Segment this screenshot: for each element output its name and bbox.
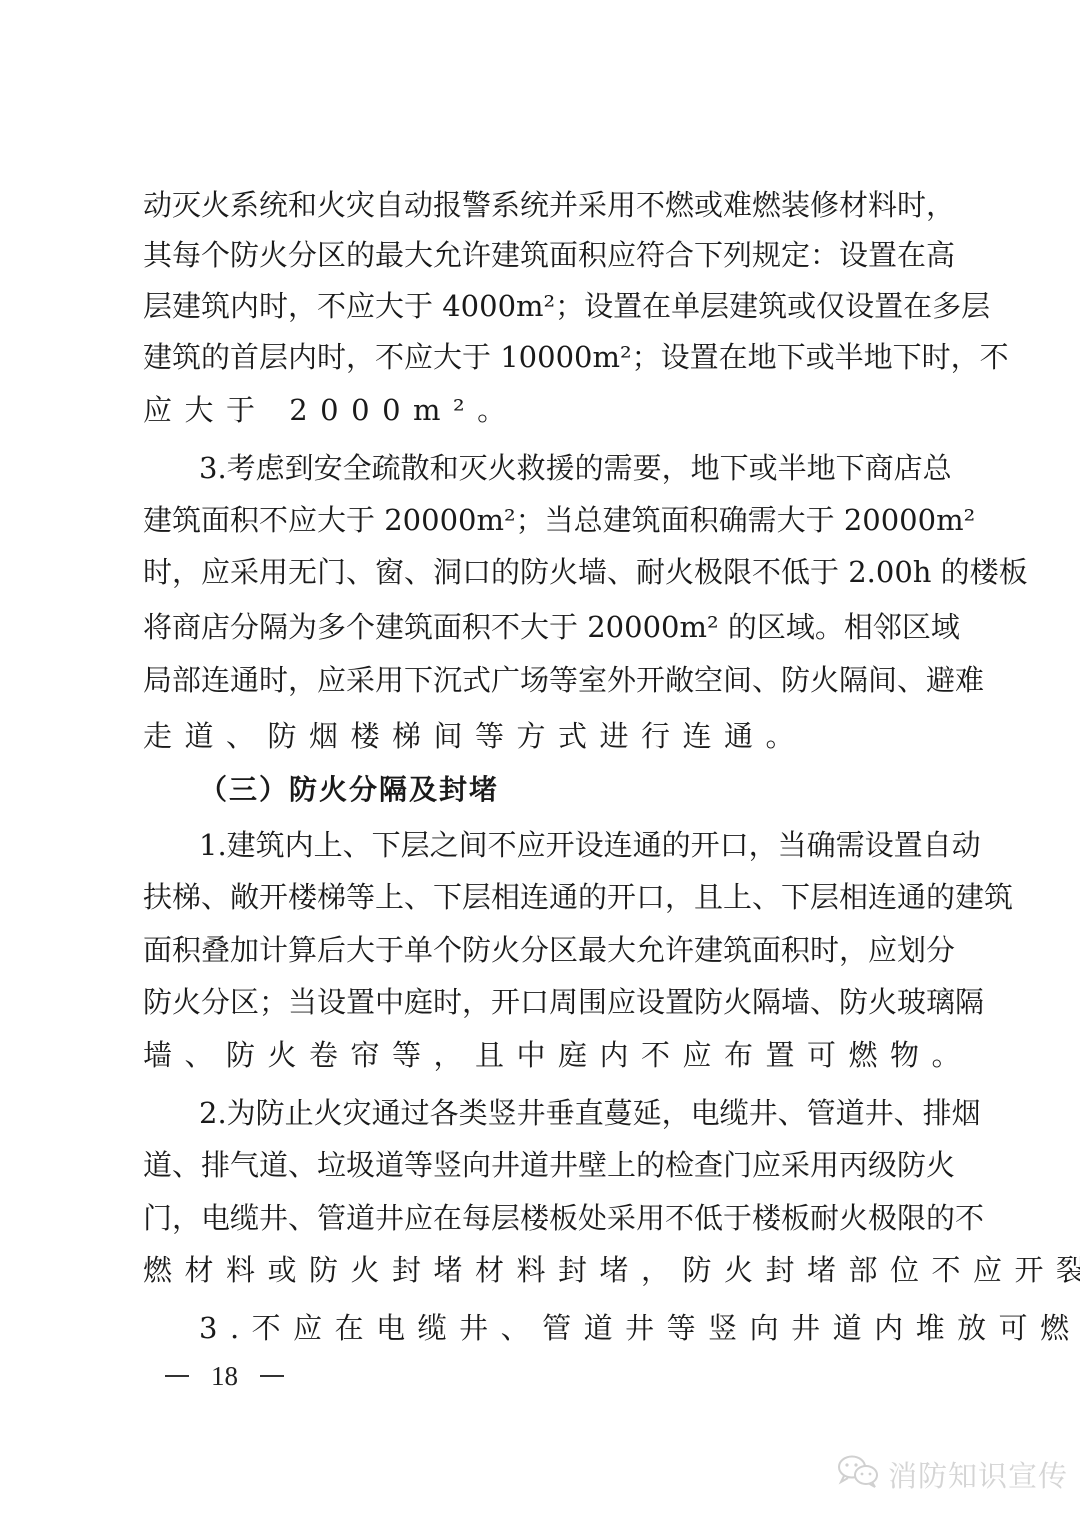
text-line: 局部连通时，应采用下沉式广场等室外开敞空间、防火隔间、避难 — [143, 658, 938, 702]
text-line: 应大于 2000m²。 — [143, 388, 938, 432]
text-line: 2.为防止火灾通过各类竖井垂直蔓延，电缆井、管道井、排烟 — [199, 1091, 938, 1135]
text-line: 防火分区；当设置中庭时，开口周围应设置防火隔墙、防火玻璃隔 — [143, 980, 938, 1024]
text-line: 层建筑内时，不应大于 4000m²；设置在单层建筑或仅设置在多层 — [143, 284, 938, 328]
text-line: 3.不应在电缆井、管道井等竖向井道内堆放可燃物。 — [199, 1306, 938, 1350]
text-line: 3.考虑到安全疏散和灭火救援的需要，地下或半地下商店总 — [199, 446, 938, 490]
watermark-text: 消防知识宣传 — [888, 1454, 1068, 1495]
dash-left — [165, 1375, 189, 1377]
text-line: 建筑面积不应大于 20000m²；当总建筑面积确需大于 20000m² — [143, 498, 938, 542]
page-number: 18 — [211, 1356, 238, 1396]
text-line: 动灭火系统和火灾自动报警系统并采用不燃或难燃装修材料时， — [143, 183, 938, 227]
text-line: 扶梯、敞开楼梯等上、下层相连通的开口，且上、下层相连通的建筑 — [143, 875, 938, 919]
page-number-footer: 18 — [165, 1356, 284, 1396]
text-line: 门，电缆井、管道井应在每层楼板处采用不低于楼板耐火极限的不 — [143, 1196, 938, 1240]
watermark: 消防知识宣传 — [836, 1452, 1068, 1496]
document-page: 动灭火系统和火灾自动报警系统并采用不燃或难燃装修材料时， 其每个防火分区的最大允… — [0, 0, 1080, 1527]
text-line: 走道、防烟楼梯间等方式进行连通。 — [143, 714, 938, 758]
text-line: 时，应采用无门、窗、洞口的防火墙、耐火极限不低于 2.00h 的楼板 — [143, 550, 938, 594]
text-line: 墙、防火卷帘等，且中庭内不应布置可燃物。 — [143, 1033, 938, 1077]
text-line: 道、排气道、垃圾道等竖向井道井壁上的检查门应采用丙级防火 — [143, 1143, 938, 1187]
wechat-icon — [836, 1453, 880, 1496]
section-heading: （三）防火分隔及封堵 — [199, 768, 499, 812]
text-line: 1.建筑内上、下层之间不应开设连通的开口，当确需设置自动 — [199, 823, 938, 867]
dash-right — [260, 1375, 284, 1377]
text-line: 建筑的首层内时，不应大于 10000m²；设置在地下或半地下时，不 — [143, 335, 938, 379]
text-line: 其每个防火分区的最大允许建筑面积应符合下列规定：设置在高 — [143, 233, 938, 277]
text-line: 面积叠加计算后大于单个防火分区最大允许建筑面积时，应划分 — [143, 928, 938, 972]
text-line: 将商店分隔为多个建筑面积不大于 20000m² 的区域。相邻区域 — [143, 605, 938, 649]
text-line: 燃材料或防火封堵材料封堵，防火封堵部位不应开裂、脱落。 — [143, 1248, 938, 1292]
